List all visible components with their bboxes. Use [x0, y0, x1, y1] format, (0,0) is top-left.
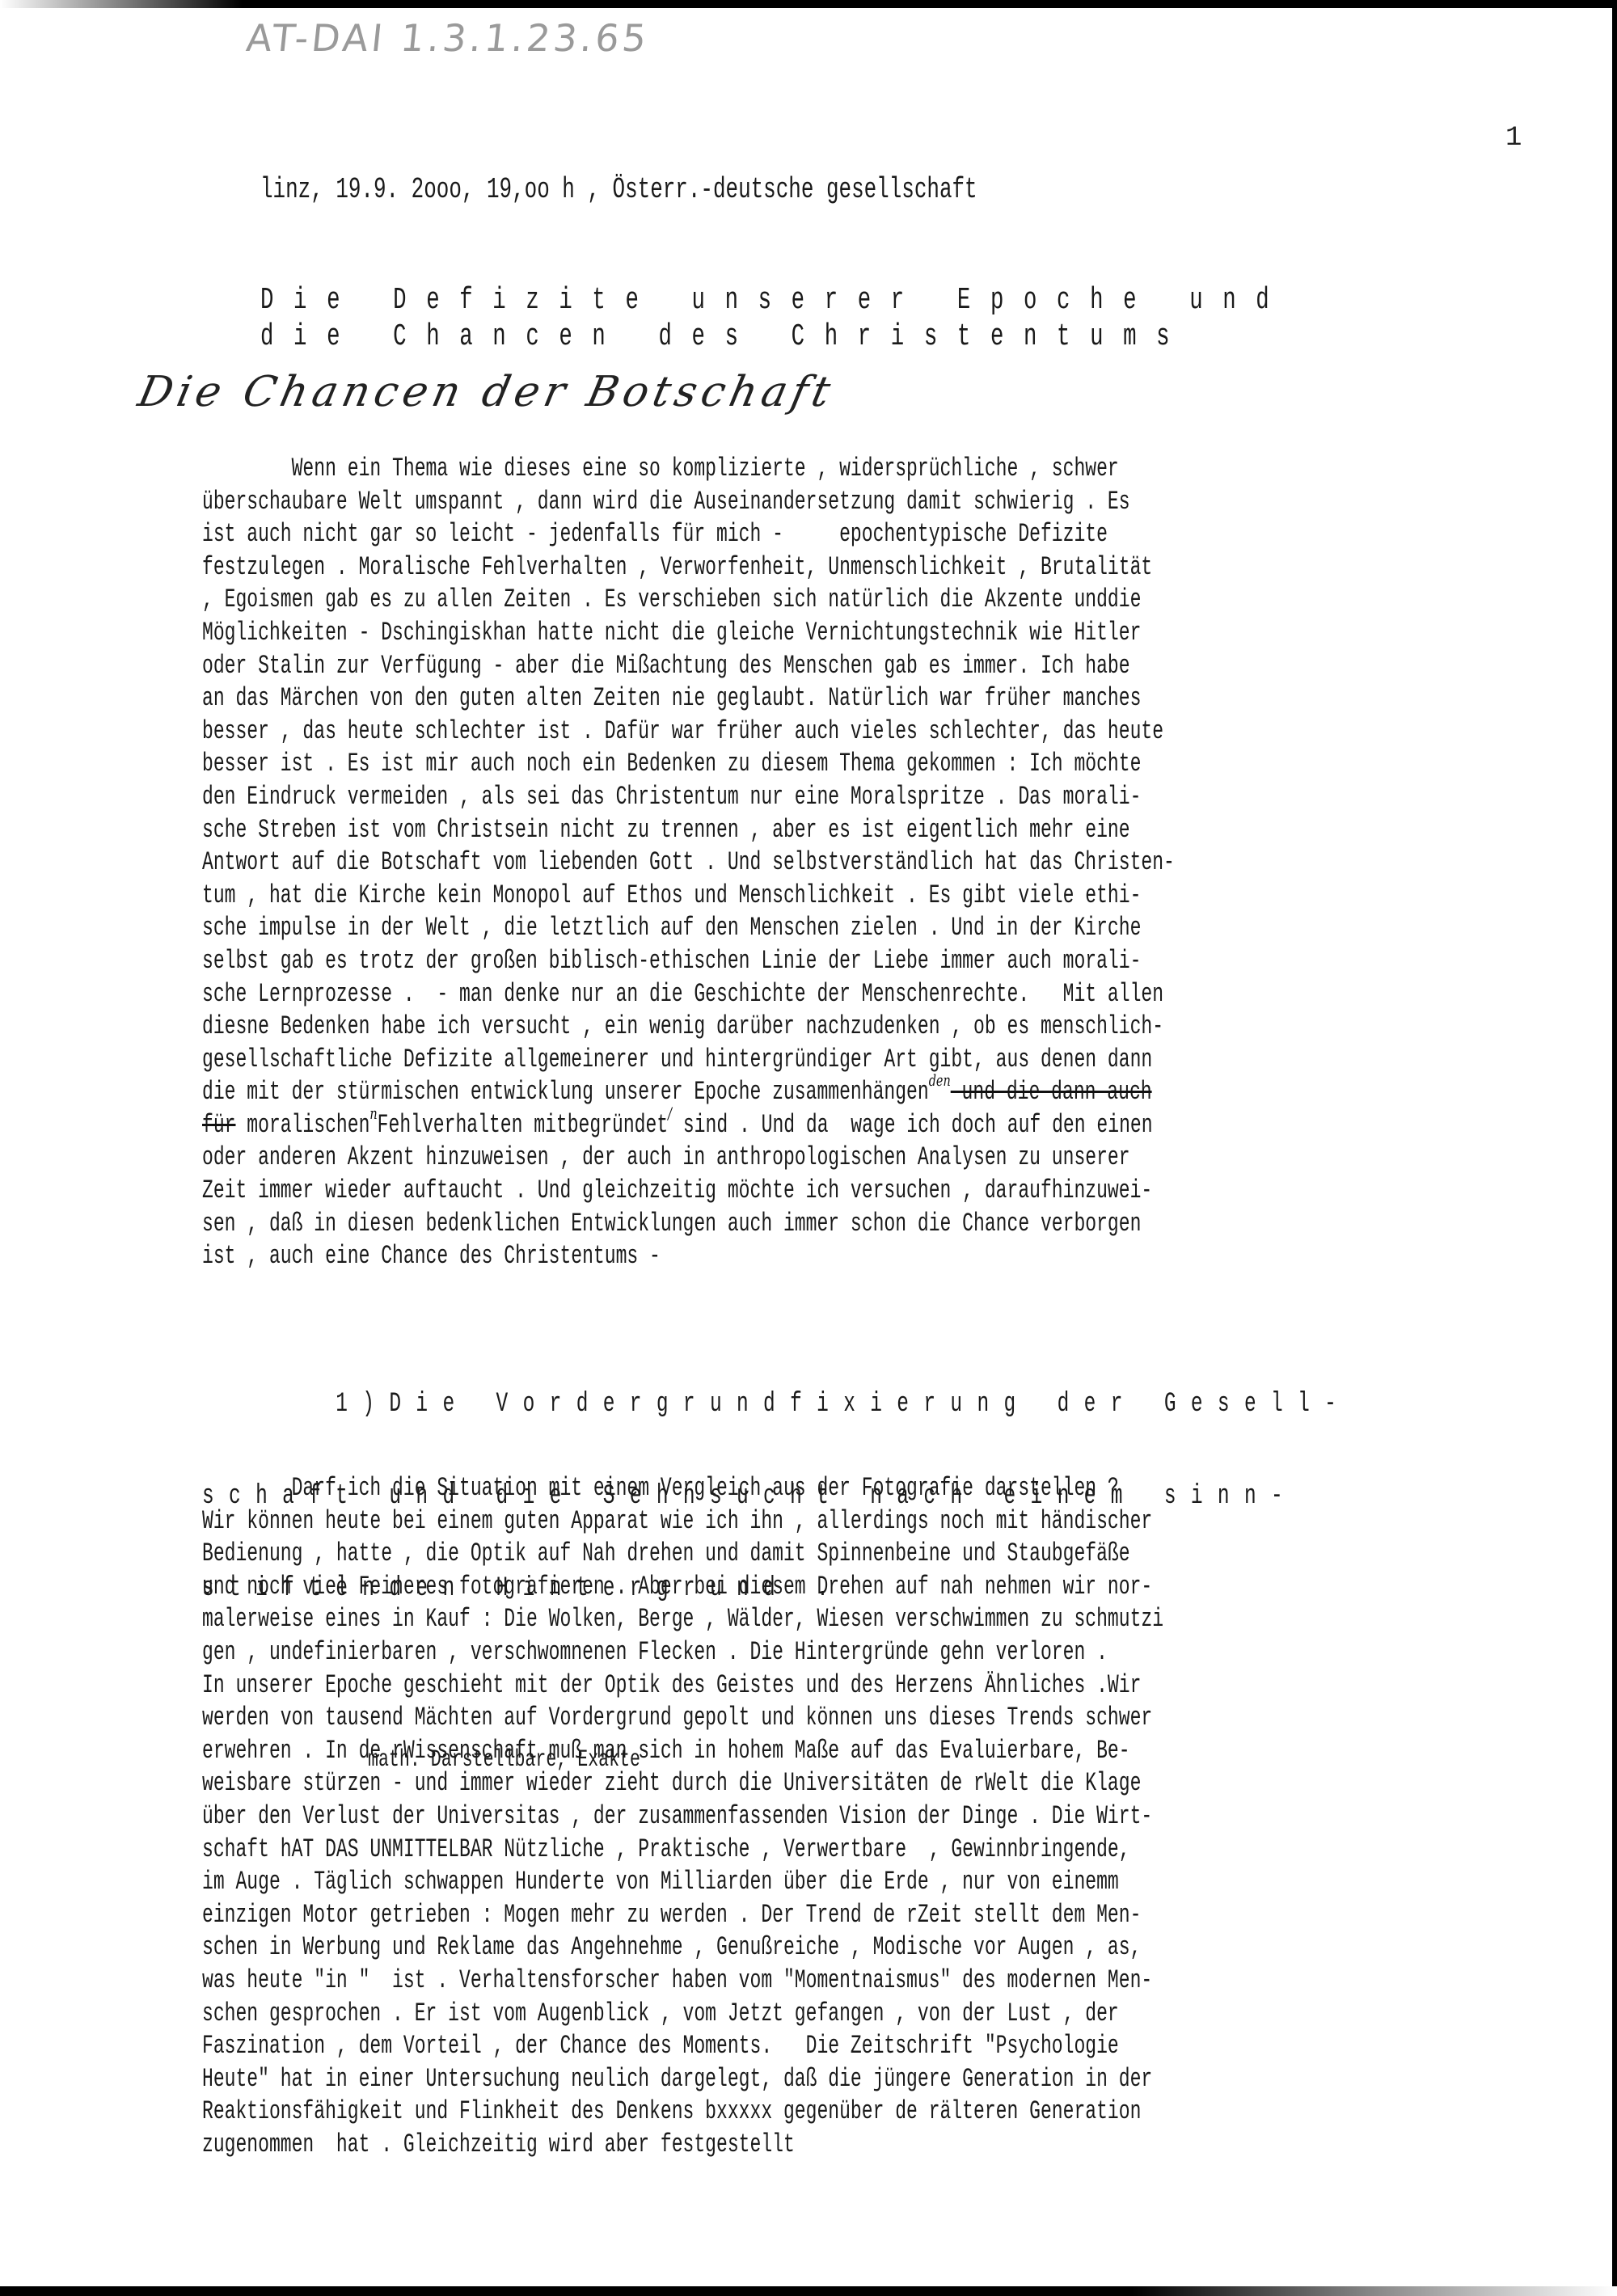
paragraph-photography: Darf ich die Situation mit einem Verglei…	[202, 1472, 1163, 2161]
scan-border-bottom	[0, 2286, 1617, 2296]
text-line: schen in Werbung und Reklame das Angehne…	[202, 1931, 1163, 1965]
text-line: ist , auch eine Chance des Christentums …	[202, 1240, 1175, 1273]
text-line: schaft hAT DAS UNMITTELBAR Nützliche , P…	[202, 1834, 1163, 1867]
handwritten-correction: /	[668, 1104, 672, 1123]
text-line: tum , hat die Kirche kein Monopol auf Et…	[202, 880, 1175, 913]
edited-text-line: für moralischennFehlverhalten mitbegründ…	[202, 1109, 1175, 1142]
archive-signature: AT-DAI 1.3.1.23.65	[244, 16, 652, 60]
text-line: malerweise eines in Kauf : Die Wolken, B…	[202, 1603, 1163, 1636]
text-line: besser ist . Es ist mir auch noch ein Be…	[202, 748, 1175, 781]
handwritten-title: Die Chancen der Botschaft	[134, 368, 839, 416]
scan-border-top	[0, 0, 1617, 8]
text-line: gesellschaftliche Defizite allgemeinerer…	[202, 1044, 1175, 1077]
text-line: Bedienung , hatte , die Optik auf Nah dr…	[202, 1538, 1163, 1571]
section-heading-line: 1)Die Vordergrundfixierung der Gesell-	[202, 1388, 1351, 1420]
text-line: zugenommen hat . Gleichzeitig wird aber …	[202, 2129, 1163, 2162]
text-line: Möglichkeiten - Dschingiskhan hatte nich…	[202, 617, 1175, 650]
text-line: sche Streben ist vom Christsein nicht zu…	[202, 814, 1175, 847]
text-line: , Egoismen gab es zu allen Zeiten . Es v…	[202, 584, 1175, 617]
document-header: linz, 19.9. 2ooo, 19,oo h , Österr.-deut…	[260, 173, 977, 206]
text-line: gen , undefinierbaren , verschwomnenen F…	[202, 1636, 1163, 1669]
page-number: 1	[1505, 123, 1522, 154]
text-line: weisbare stürzen - und immer wieder zieh…	[202, 1767, 1163, 1800]
scan-border-right	[1612, 0, 1617, 2296]
struck-text: für	[202, 1110, 235, 1140]
text-line: festzulegen . Moralische Fehlverhalten ,…	[202, 551, 1175, 585]
text-line: Zeit immer wieder auftaucht . Und gleich…	[202, 1175, 1175, 1208]
struck-text: und die dann auch	[951, 1077, 1152, 1107]
text-line: sche Lernprozesse . - man denke nur an d…	[202, 978, 1175, 1011]
text-line: besser , das heute schlechter ist . Dafü…	[202, 715, 1175, 749]
text-line: Reaktionsfähigkeit und Flinkheit des Den…	[202, 2096, 1163, 2129]
text-line: Wenn ein Thema wie dieses eine so kompli…	[202, 453, 1175, 486]
text-line: sche impulse in der Welt , die letztlich…	[202, 912, 1175, 945]
text-line: werden von tausend Mächten auf Vordergru…	[202, 1702, 1163, 1735]
text-line: ist auch nicht gar so leicht - jedenfall…	[202, 518, 1175, 551]
text-segment: moralischen	[235, 1110, 369, 1140]
document-title-line-1: Die Defizite unserer Epoche und	[260, 283, 1289, 318]
text-line: einzigen Motor getrieben : Mogen mehr zu…	[202, 1899, 1163, 1932]
text-segment: sind . Und da wage ich doch auf den eine…	[672, 1110, 1153, 1140]
text-line: über den Verlust der Universitas , der z…	[202, 1800, 1163, 1834]
text-line: schen gesprochen . Er ist vom Augenblick…	[202, 1998, 1163, 2031]
text-line: sen , daß in diesen bedenklichen Entwick…	[202, 1208, 1175, 1241]
text-segment: Fehlverhalten mitbegründet	[378, 1110, 668, 1140]
text-line: Antwort auf die Botschaft vom liebenden …	[202, 846, 1175, 880]
text-line: den Eindruck vermeiden , als sei das Chr…	[202, 781, 1175, 814]
text-line: im Auge . Täglich schwappen Hunderte von…	[202, 1866, 1163, 1899]
text-line: überschaubare Welt umspannt , dann wird …	[202, 486, 1175, 519]
edited-text-line: die mit der stürmischen entwicklung unse…	[202, 1076, 1175, 1109]
document-title-line-2: die Chancen des Christentums	[260, 319, 1189, 354]
text-line: und noch viel Feineres fotografieren . A…	[202, 1571, 1163, 1604]
text-line: Darf ich die Situation mit einem Verglei…	[202, 1472, 1163, 1505]
text-line: Faszination , dem Vorteil , der Chance d…	[202, 2030, 1163, 2063]
text-line: an das Märchen von den guten alten Zeite…	[202, 682, 1175, 715]
text-line: Wir können heute bei einem guten Apparat…	[202, 1505, 1163, 1538]
text-line: In unserer Epoche geschieht mit der Opti…	[202, 1669, 1163, 1703]
text-line: erwehren . In de rWissenschaft muß man s…	[202, 1735, 1163, 1768]
text-line: selbst gab es trotz der großen biblisch-…	[202, 945, 1175, 978]
text-line: was heute "in " ist . Verhaltensforscher…	[202, 1965, 1163, 1998]
text-line: Heute" hat in einer Untersuchung neulich…	[202, 2063, 1163, 2096]
handwritten-insert: n	[369, 1104, 377, 1123]
text-line: oder anderen Akzent hinzuweisen , der au…	[202, 1142, 1175, 1175]
text-line: diesne Bedenken habe ich versucht , ein …	[202, 1011, 1175, 1044]
handwritten-insert: den	[929, 1070, 951, 1090]
paragraph-intro: Wenn ein Thema wie dieses eine so kompli…	[202, 453, 1175, 1273]
text-segment: die mit der stürmischen entwicklung unse…	[202, 1077, 929, 1107]
text-line: oder Stalin zur Verfügung - aber die Miß…	[202, 650, 1175, 683]
